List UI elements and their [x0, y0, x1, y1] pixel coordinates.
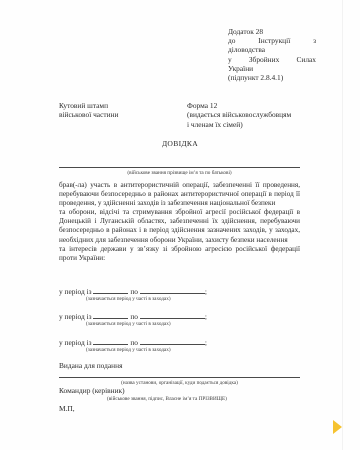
form-line-2: (видається військовослужбовцям: [187, 110, 291, 119]
stamp-line-1: Кутовий штамп: [59, 101, 118, 110]
period-caption-1: (зазначається період у часті в заходах): [86, 296, 171, 302]
seal-label: М.П,: [59, 404, 75, 413]
document-title: ДОВІДКА: [0, 139, 360, 148]
body-paragraph-3: та інтересів держави у зв’язку зі збройн…: [59, 245, 300, 263]
name-caption: (військове звання прізвище ім’я та по ба…: [59, 170, 300, 176]
appendix-line-5: України: [228, 64, 316, 73]
period-to-label: по: [130, 312, 138, 321]
form-number: Форма 12 (видається військовослужбовцям …: [187, 101, 291, 129]
period-row-1: у період із по ;: [59, 286, 207, 296]
word: Інструкції: [258, 36, 290, 45]
appendix-line-3: діловодства: [228, 45, 316, 54]
body-text: брав(-ла) участь в антитерористичній опе…: [59, 181, 300, 263]
appendix-line-1: Додаток 28: [228, 27, 316, 36]
period-to-label: по: [130, 338, 138, 347]
period-to-field[interactable]: [140, 286, 205, 294]
period-row-2: у період із по ;: [59, 311, 207, 321]
word: з: [313, 36, 316, 45]
stamp-line-2: військової частини: [59, 110, 118, 119]
period-from-label: у період із: [59, 338, 92, 347]
word: у: [228, 55, 232, 64]
period-from-label: у період із: [59, 287, 92, 296]
period-end: ;: [205, 338, 207, 347]
period-to-label: по: [130, 287, 138, 296]
appendix-reference: Додаток 28 до Інструкції з діловодства у…: [228, 27, 316, 82]
body-paragraph-2: та оборони, відсічі та стримування зброй…: [59, 208, 300, 244]
corner-stamp-label: Кутовий штамп військової частини: [59, 101, 118, 120]
period-from-field[interactable]: [93, 337, 128, 345]
commander-caption: (військове звання, підпис, Власне ім’я т…: [107, 396, 227, 402]
period-row-3: у період із по ;: [59, 337, 207, 347]
period-to-field[interactable]: [140, 337, 205, 345]
body-paragraph-1: брав(-ла) участь в антитерористичній опе…: [59, 181, 300, 208]
period-from-field[interactable]: [93, 311, 128, 319]
document-page: Додаток 28 до Інструкції з діловодства у…: [0, 0, 360, 450]
period-end: ;: [205, 287, 207, 296]
word: до: [228, 36, 235, 45]
issued-for-label: Видана для подання: [59, 361, 123, 370]
page-edge: [342, 0, 343, 450]
word: Збройних: [249, 55, 279, 64]
period-from-label: у період із: [59, 312, 92, 321]
form-line-1: Форма 12: [187, 101, 291, 110]
period-from-field[interactable]: [93, 286, 128, 294]
appendix-line-4: у Збройних Силах: [228, 55, 316, 64]
appendix-line-2: до Інструкції з: [228, 36, 316, 45]
period-end: ;: [205, 312, 207, 321]
word: Силах: [296, 55, 316, 64]
period-caption-2: (зазначається період у часті в заходах): [86, 321, 171, 327]
period-to-field[interactable]: [140, 311, 205, 319]
next-page-arrow-icon[interactable]: [333, 420, 342, 434]
form-line-3: і членам їх сімей): [187, 120, 291, 129]
name-field-line[interactable]: [59, 167, 300, 168]
appendix-line-6: (підпункт 2.8.4.1): [228, 73, 316, 82]
issued-for-field-line[interactable]: [59, 377, 300, 378]
commander-label: Командир (керівник): [59, 386, 125, 395]
period-caption-3: (зазначається період у часті в заходах): [86, 347, 171, 353]
